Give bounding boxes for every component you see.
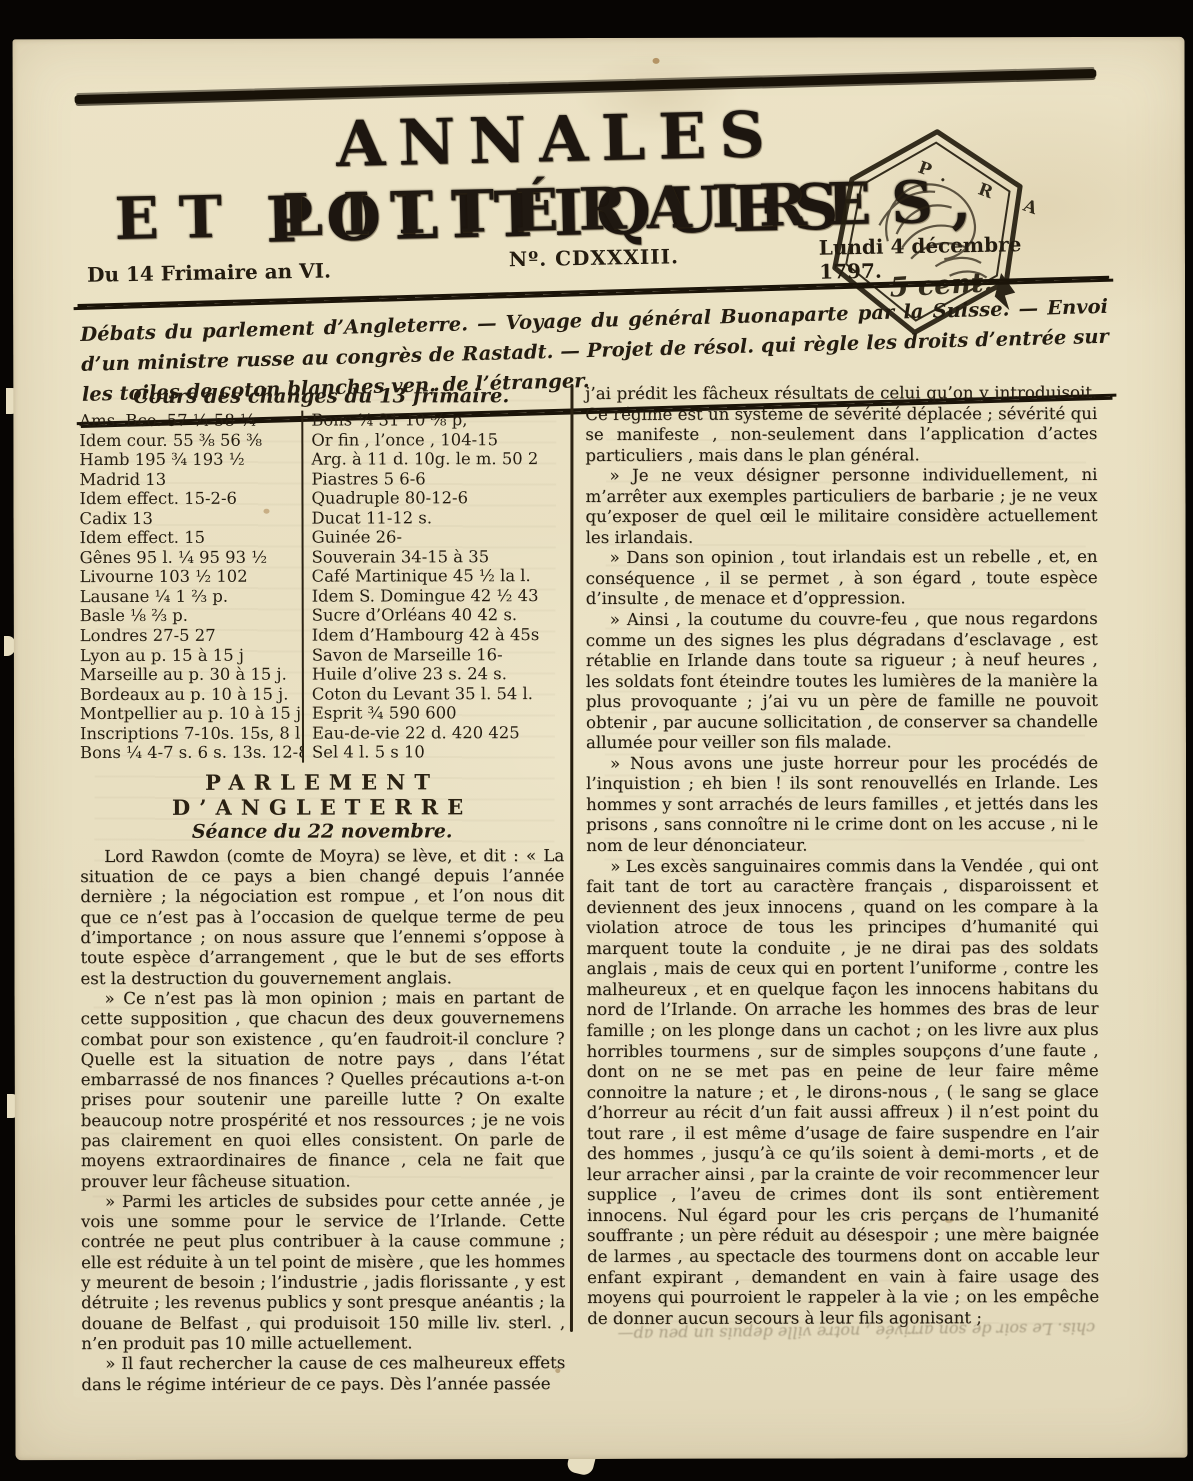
exchange-row: Huile d’olive 23 s. 24 s.: [312, 664, 564, 684]
exchange-row: Livourne 103 ½ 102: [80, 567, 302, 587]
exchange-row: Bordeaux au p. 10 à 15 j.: [80, 684, 302, 704]
exchange-row: Eau-de-vie 22 d. 420 425: [312, 723, 564, 743]
article-paragraph: » Ce n’est pas là mon opinion ; mais en …: [81, 988, 565, 1192]
exchange-row: Café Martinique 45 ½ la l.: [312, 566, 564, 586]
left-column: Cours des changes du 13 frimaire. Ams. B…: [79, 384, 565, 1395]
exchange-rates-table: Ams. Bco. 57 ¼ 58 ¼Idem cour. 55 ⅜ 56 ⅜H…: [79, 410, 564, 763]
exchange-row: Ducat 11-12 s.: [311, 508, 563, 528]
stamp-letters: P. R A.: [915, 158, 1047, 231]
dateline-republican-date: Du 14 Frimaire an VI.: [87, 258, 331, 286]
exchange-row: Bons ¼ 31 10 ⅝ p,: [311, 410, 563, 430]
exchange-rates-title: Cours des changes du 13 frimaire.: [79, 384, 563, 408]
article-paragraph: » Il faut rechercher la cause de ces mal…: [81, 1353, 565, 1395]
exchange-row: Sel 4 l. 5 s 10: [312, 742, 564, 762]
exchange-row: Londres 27-5 27: [80, 626, 302, 646]
exchange-row: Quadruple 80-12-6: [311, 488, 563, 508]
article-right-paragraphs: j’ai prédit les fâcheux résultats de cel…: [585, 383, 1099, 1329]
newspaper-page: ANNALES POLITIQUES ET LITTÉRAIRES, Du 14…: [13, 37, 1188, 1460]
exchange-row: Idem d’Hambourg 42 à 45s: [312, 625, 564, 645]
issue-number: Nº. CDXXXIII.: [509, 244, 679, 271]
article-heading: PARLEMENT D’ANGLETERRE: [80, 769, 564, 820]
exchange-row: Lyon au p. 15 à 15 j: [80, 645, 302, 665]
exchange-list-right: Bons ¼ 31 10 ⅝ p,Or fin , l’once , 104-1…: [301, 410, 564, 762]
article-paragraph: » Nous avons une juste horreur pour les …: [586, 753, 1098, 857]
exchange-row: Piastres 5 6-6: [311, 469, 563, 489]
exchange-row: Madrid 13: [79, 469, 301, 489]
article-paragraph: Lord Rawdon (comte de Moyra) se lève, et…: [80, 846, 564, 989]
exchange-row: Arg. à 11 d. 10g. le m. 50 2: [311, 449, 563, 469]
exchange-row: Lausane ¼ 1 ⅔ p.: [80, 587, 302, 607]
exchange-row: Savon de Marseille 16-: [312, 645, 564, 665]
article-paragraph: j’ai prédit les fâcheux résultats de cel…: [585, 383, 1097, 466]
article-paragraph: » Dans son opinion , tout irlandais est …: [586, 547, 1098, 610]
exchange-row: Ams. Bco. 57 ¼ 58 ¼: [79, 411, 301, 431]
column-divider-rule: [570, 384, 573, 1332]
exchange-row: Idem S. Domingue 42 ½ 43: [312, 586, 564, 606]
exchange-row: Or fin , l’once , 104-15: [311, 430, 563, 450]
exchange-row: Marseille au p. 30 à 15 j.: [80, 665, 302, 685]
exchange-list-left: Ams. Bco. 57 ¼ 58 ¼Idem cour. 55 ⅜ 56 ⅜H…: [79, 411, 302, 763]
exchange-row: Esprit ¾ 590 600: [312, 703, 564, 723]
article-paragraph: » Je ne veux désigner personne individue…: [585, 465, 1097, 548]
exchange-row: Cadix 13: [79, 508, 301, 528]
exchange-row: Montpellier au p. 10 à 15 j: [80, 704, 302, 724]
article-left-paragraphs: Lord Rawdon (comte de Moyra) se lève, et…: [80, 846, 565, 1395]
exchange-row: Guinée 26-: [312, 527, 564, 547]
article-paragraph: » Ainsi , la coutume du couvre-feu , que…: [586, 609, 1098, 754]
exchange-row: Idem effect. 15-2-6: [79, 489, 301, 509]
article-subheading: Séance du 22 novembre.: [80, 820, 564, 843]
paper-stain: [653, 58, 660, 64]
exchange-row: Basle ⅛ ⅔ p.: [80, 606, 302, 626]
exchange-row: Souverain 34-15 à 35: [312, 547, 564, 567]
exchange-row: Idem effect. 15: [80, 528, 302, 548]
exchange-row: Coton du Levant 35 l. 54 l.: [312, 684, 564, 704]
exchange-row: Inscriptions 7-10s. 15s, 8 l: [80, 723, 302, 743]
right-column: j’ai prédit les fâcheux résultats de cel…: [585, 383, 1099, 1329]
exchange-row: Hamb 195 ¾ 193 ½: [79, 450, 301, 470]
exchange-row: Bons ¼ 4-7 s. 6 s. 13s. 12-8ss: [80, 743, 302, 763]
article-paragraph: » Les excès sanguinaires commis dans la …: [586, 856, 1099, 1330]
scanned-newspaper-canvas: ANNALES POLITIQUES ET LITTÉRAIRES, Du 14…: [0, 0, 1193, 1481]
exchange-row: Sucre d’Orléans 40 42 s.: [312, 606, 564, 626]
exchange-row: Gênes 95 l. ¼ 95 93 ½: [80, 547, 302, 567]
exchange-row: Idem cour. 55 ⅜ 56 ⅜: [79, 430, 301, 450]
